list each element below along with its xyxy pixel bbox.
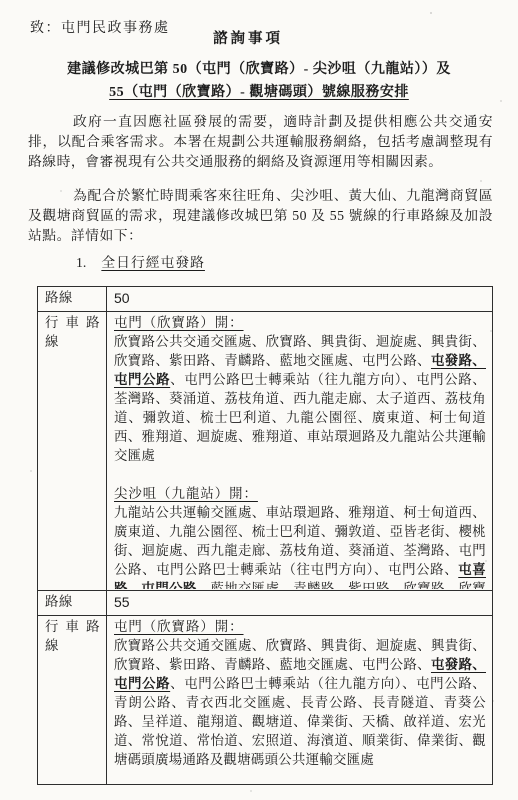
route-55-number: 55 (107, 591, 493, 616)
route-55-number-row: 路線 55 (38, 591, 493, 616)
route-55-routing-cell: 屯門（欣寶路）開： 欣寶路公共交通交匯處、欣寶路、興貴街、迴旋處、興貴街、欣寶路… (107, 616, 493, 785)
item-title: 全日行經屯發路 (101, 255, 205, 270)
route-50-direction-1-heading: 屯門（欣寶路）開： (114, 313, 486, 332)
paragraph-intro: 政府一直因應社區發展的需要，適時計劃及提供相應公共交通安排，以配合乘客需求。本署… (28, 112, 493, 172)
direction-spacer (114, 465, 486, 484)
document-title: 建議修改城巴第 50（屯門（欣寶路）- 尖沙咀（九龍站））及 55（屯門（欣寶路… (0, 58, 518, 104)
route-55-routing-row: 行車路線 屯門（欣寶路）開： 欣寶路公共交通交匯處、欣寶路、興貴街、迴旋處、興貴… (38, 616, 493, 785)
route-50-number-row: 路線 50 (38, 287, 493, 312)
routing-label-cell: 行車路線 (38, 312, 107, 591)
route-label-cell: 路線 (38, 591, 107, 616)
route-55-direction-1-heading: 屯門（欣寶路）開： (114, 617, 486, 636)
routing-label-cell: 行車路線 (38, 616, 107, 785)
route-50-number: 50 (107, 287, 493, 312)
scan-noise (430, 12, 432, 14)
document-heading: 諮詢事項 (0, 27, 496, 48)
route-label-cell: 路線 (38, 287, 107, 312)
section-item-1: 1.全日行經屯發路 (76, 251, 205, 271)
route-50-routing-cell: 屯門（欣寶路）開： 欣寶路公共交通交匯處、欣寶路、興貴街、迴旋處、興貴街、欣寶路… (107, 312, 493, 591)
route-table: 路線 50 行車路線 屯門（欣寶路）開： 欣寶路公共交通交匯處、欣寶路、興貴街、… (37, 286, 493, 785)
route-50-direction-2-route: 九龍站公共運輸交匯處、車站環迴路、雅翔道、柯士甸道西、廣東道、九龍公園徑、梳士巴… (114, 503, 486, 589)
title-line-2: 55（屯門（欣寶路）- 觀塘碼頭）號線服務安排 (0, 81, 518, 104)
document-page: 致：屯門民政事務處 諮詢事項 建議修改城巴第 50（屯門（欣寶路）- 尖沙咀（九… (0, 0, 518, 800)
route-55-direction-1-route: 欣寶路公共交通交匯處、欣寶路、興貴街、迴旋處、興貴街、欣寶路、紫田路、青麟路、藍… (114, 636, 486, 769)
route-50-direction-2-heading: 尖沙咀（九龍站）開： (114, 484, 486, 503)
route-50-routing-row: 行車路線 屯門（欣寶路）開： 欣寶路公共交通交匯處、欣寶路、興貴街、迴旋處、興貴… (38, 312, 493, 591)
paragraph-proposal: 為配合於繁忙時間乘客來往旺角、尖沙咀、黃大仙、九龍灣商貿區及觀塘商貿區的需求，現… (28, 186, 493, 246)
route-50-direction-1-route: 欣寶路公共交通交匯處、欣寶路、興貴街、迴旋處、興貴街、欣寶路、紫田路、青麟路、藍… (114, 332, 486, 465)
title-line-1: 建議修改城巴第 50（屯門（欣寶路）- 尖沙咀（九龍站））及 (0, 58, 518, 81)
item-number: 1. (76, 255, 86, 271)
